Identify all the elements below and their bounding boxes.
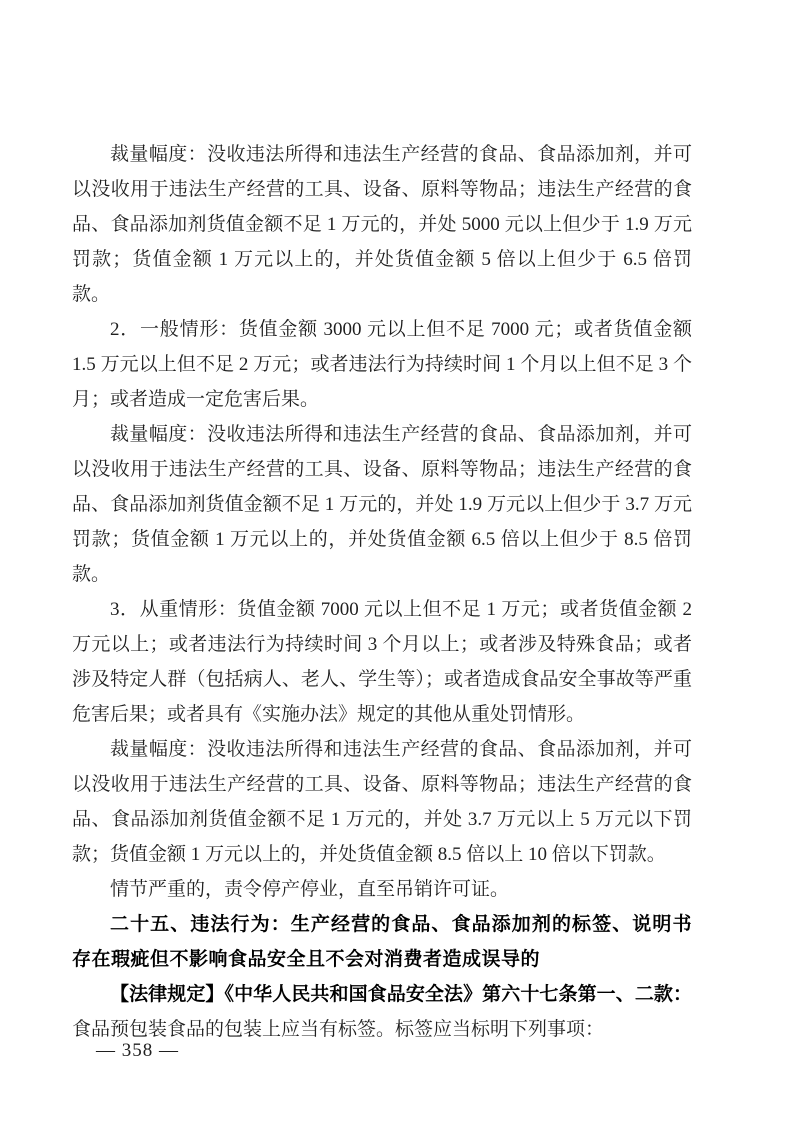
legal-provision-label: 【法律规定】《中华人民共和国食品安全法》第六十七条第一、二款： <box>110 984 692 1005</box>
paragraph-general-circumstance: 2．一般情形：货值金额 3000 元以上但不足 7000 元；或者货值金额 1.… <box>72 312 692 417</box>
paragraph-penalty-range-3: 裁量幅度：没收违法所得和违法生产经营的食品、食品添加剂，并可以没收用于违法生产经… <box>72 732 692 872</box>
legal-provision-text: 食品预包装食品的包装上应当有标签。标签应当标明下列事项： <box>72 1019 604 1040</box>
paragraph-penalty-range-2: 裁量幅度：没收违法所得和违法生产经营的食品、食品添加剂，并可以没收用于违法生产经… <box>72 417 692 592</box>
page-number: — 358 — <box>96 1039 179 1063</box>
paragraph-aggravated-circumstance: 3．从重情形：货值金额 7000 元以上但不足 1 万元；或者货值金额 2 万元… <box>72 592 692 732</box>
document-page: 裁量幅度：没收违法所得和违法生产经营的食品、食品添加剂，并可以没收用于违法生产经… <box>0 0 793 1122</box>
heading-violation-25: 二十五、违法行为：生产经营的食品、食品添加剂的标签、说明书存在瑕疵但不影响食品安… <box>72 907 692 977</box>
paragraph-serious-circumstances: 情节严重的，责令停产停业，直至吊销许可证。 <box>72 872 692 907</box>
paragraph-legal-provision: 【法律规定】《中华人民共和国食品安全法》第六十七条第一、二款：食品预包装食品的包… <box>72 977 692 1047</box>
page-body-text: 裁量幅度：没收违法所得和违法生产经营的食品、食品添加剂，并可以没收用于违法生产经… <box>72 137 692 1047</box>
paragraph-penalty-range-1: 裁量幅度：没收违法所得和违法生产经营的食品、食品添加剂，并可以没收用于违法生产经… <box>72 137 692 312</box>
